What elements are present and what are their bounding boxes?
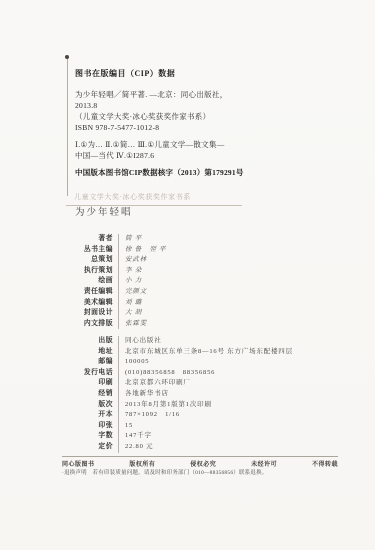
pub-value: 787×1092 1/16 <box>118 410 180 421</box>
credit-label: 内文排版 <box>60 319 113 330</box>
pub-label: 印张 <box>60 421 113 432</box>
pub-label: 字数 <box>60 431 113 442</box>
pub-label: 出版 <box>60 336 113 347</box>
notice-brand: 同心版图书 <box>62 459 95 468</box>
cip-isbn-line: ISBN 978-7-5477-1012-8 <box>75 122 337 133</box>
pub-value: (010)88356858 88356856 <box>118 368 215 379</box>
credit-label: 封面设计 <box>60 308 113 319</box>
notice-no-permission: 未经许可 <box>251 459 277 468</box>
pub-value: 北京京都六环印刷厂 <box>118 378 191 389</box>
footer-divider <box>62 456 338 457</box>
pub-label: 定价 <box>60 442 113 453</box>
credit-label: 执行策划 <box>60 266 113 277</box>
pub-label: 印刷 <box>60 378 113 389</box>
notice-infringement: 侵权必究 <box>190 459 216 468</box>
cip-record-number: 中国版本图书馆CIP数据核字（2013）第179291号 <box>75 167 337 178</box>
pub-value: 各地新华书店 <box>118 389 169 400</box>
credit-value: 大 胡 <box>118 308 142 319</box>
credit-label: 丛书主编 <box>60 245 113 256</box>
cip-title-line: 为少年轻唱／简平著. —北京：同心出版社， <box>75 89 337 100</box>
cip-classification-line-2: 中国—当代 Ⅳ.①I287.6 <box>75 150 337 161</box>
cip-block: 图书在版编目（CIP）数据 为少年轻唱／简平著. —北京：同心出版社， 2013… <box>75 68 337 178</box>
pub-row-distributor: 经销 各地新华书店 <box>60 389 340 400</box>
credit-label: 著者 <box>60 234 113 245</box>
pub-value: 北京市东城区东单三条8—16号 东方广场东配楼四层 <box>118 347 293 358</box>
book-title: 为少年轻唱 <box>75 204 133 218</box>
series-name-faded: 儿童文学大奖·冰心奖获奖作家书系 <box>74 192 242 202</box>
credit-label: 绘画 <box>60 276 113 287</box>
credits-row-responsible-editor: 责任编辑 完颜文 <box>60 287 340 298</box>
pub-row-sheets: 印张 15 <box>60 421 340 432</box>
credit-value: 张霖雯 <box>118 319 147 330</box>
pub-row-format: 开本 787×1092 1/16 <box>60 410 340 421</box>
credit-value: 安武林 <box>118 255 147 266</box>
credits-row-executive-planner: 执行策划 李 朵 <box>60 266 340 277</box>
cip-series-line: （儿童文学大奖·冰心奖获奖作家书系） <box>75 111 337 122</box>
credit-value: 李 朵 <box>118 266 142 277</box>
credit-value: 完颜文 <box>118 287 147 298</box>
credits-row-illustrator: 绘画 小 力 <box>60 276 340 287</box>
pub-label: 经销 <box>60 389 113 400</box>
credit-label: 总策划 <box>60 255 113 266</box>
credits-table: 著者 简 平 丛书主编 徐 鲁 翌 平 总策划 安武林 执行策划 李 朵 绘画 … <box>60 234 340 329</box>
pub-row-address: 地址 北京市东城区东单三条8—16号 东方广场东配楼四层 <box>60 347 340 358</box>
pub-label: 地址 <box>60 347 113 358</box>
pub-value: 147千字 <box>118 431 152 442</box>
pub-label: 发行电话 <box>60 368 113 379</box>
notice-no-reprint: 不得转载 <box>312 459 338 468</box>
credit-label: 美术编辑 <box>60 298 113 309</box>
publication-table: 出版 同心出版社 地址 北京市东城区东单三条8—16号 东方广场东配楼四层 邮编… <box>60 336 340 453</box>
credit-value: 小 力 <box>118 276 142 287</box>
pub-value: 2013年8月第1版第1次印刷 <box>118 400 212 411</box>
copyright-notice: 同心版图书 版权所有 侵权必究 未经许可 不得转载 <box>62 459 338 468</box>
pub-row-postcode: 邮编 100005 <box>60 357 340 368</box>
credit-value: 刘 璐 <box>118 298 142 309</box>
credit-value: 简 平 <box>118 234 142 245</box>
credits-row-cover-design: 封面设计 大 胡 <box>60 308 340 319</box>
page-edge-line <box>67 59 68 196</box>
pub-label: 邮编 <box>60 357 113 368</box>
credit-value: 徐 鲁 翌 平 <box>118 245 166 256</box>
credits-row-series-editors: 丛书主编 徐 鲁 翌 平 <box>60 245 340 256</box>
exchange-statement: ·退换声明 若有印装质量问题，请及时和印务部门（010—88356856）联系退… <box>62 468 352 476</box>
pub-row-wordcount: 字数 147千字 <box>60 431 340 442</box>
pub-label: 版次 <box>60 400 113 411</box>
pub-row-publisher: 出版 同心出版社 <box>60 336 340 347</box>
scanned-copyright-page: 图书在版编目（CIP）数据 为少年轻唱／简平著. —北京：同心出版社， 2013… <box>0 0 375 550</box>
pub-row-price: 定价 22.80 元 <box>60 442 340 453</box>
credits-row-art-editor: 美术编辑 刘 璐 <box>60 298 340 309</box>
pub-value: 同心出版社 <box>118 336 162 347</box>
credit-label: 责任编辑 <box>60 287 113 298</box>
notice-all-rights: 版权所有 <box>129 459 155 468</box>
cip-classification-line-1: Ⅰ.①为… Ⅱ.①简… Ⅲ.①儿童文学—散文集— <box>75 139 337 150</box>
cip-heading: 图书在版编目（CIP）数据 <box>75 68 337 79</box>
pub-value: 22.80 元 <box>118 442 153 453</box>
pub-row-phone: 发行电话 (010)88356858 88356856 <box>60 368 340 379</box>
credits-row-chief-planner: 总策划 安武林 <box>60 255 340 266</box>
pub-value: 100005 <box>118 357 149 368</box>
pub-value: 15 <box>118 421 133 432</box>
pub-row-printer: 印刷 北京京都六环印刷厂 <box>60 378 340 389</box>
credits-row-typesetting: 内文排版 张霖雯 <box>60 319 340 330</box>
credits-row-author: 著者 简 平 <box>60 234 340 245</box>
cip-year-line: 2013.8 <box>75 100 337 111</box>
pub-label: 开本 <box>60 410 113 421</box>
pub-row-edition: 版次 2013年8月第1版第1次印刷 <box>60 400 340 411</box>
